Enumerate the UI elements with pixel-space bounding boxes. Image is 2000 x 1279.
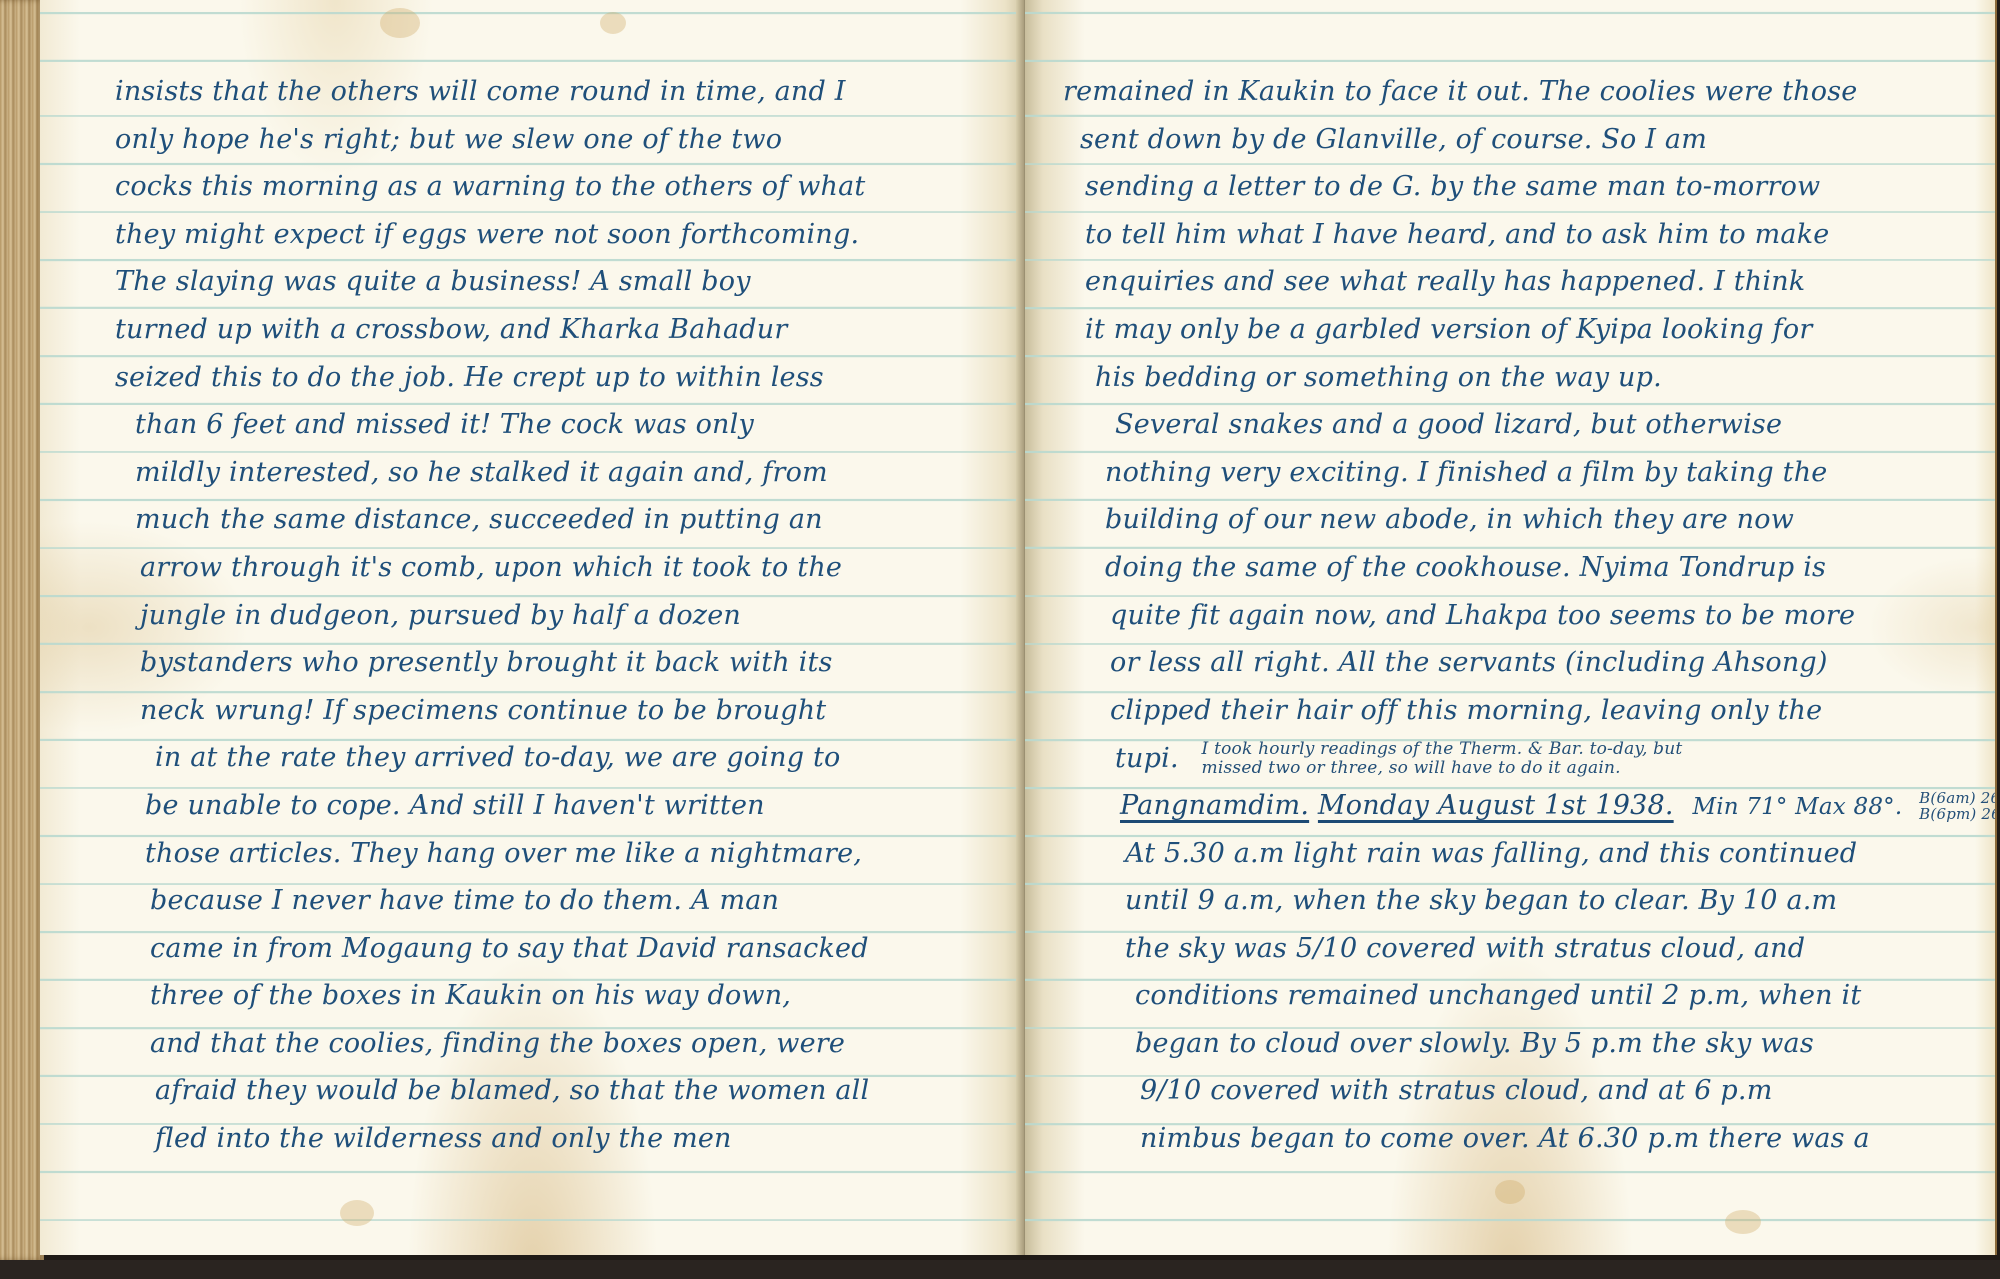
text-line: the sky was 5/10 covered with stratus cl… xyxy=(1025,925,1995,973)
text-line: remained in Kaukin to face it out. The c… xyxy=(1025,68,1995,116)
text-line: quite fit again now, and Lhakpa too seem… xyxy=(1025,592,1995,640)
barometer-readings: B(6am) 26.54 B(6pm) 26.41 xyxy=(1919,790,1995,822)
left-page: insists that the others will come round … xyxy=(40,0,1025,1255)
text-line: mildly interested, so he stalked it agai… xyxy=(40,449,1025,497)
text-line: sending a letter to de G. by the same ma… xyxy=(1025,163,1995,211)
right-page-text: remained in Kaukin to face it out. The c… xyxy=(1025,68,1995,1163)
annotated-line: tupi. I took hourly readings of the Ther… xyxy=(1025,734,1995,782)
notebook-spread: insists that the others will come round … xyxy=(0,0,2000,1260)
text-line: it may only be a garbled version of Kyip… xyxy=(1025,306,1995,354)
stain xyxy=(380,8,420,38)
text-line: jungle in dudgeon, pursued by half a doz… xyxy=(40,592,1025,640)
entry-temperatures: Min 71° Max 88°. xyxy=(1692,794,1902,820)
text-line: clipped their hair off this morning, lea… xyxy=(1025,687,1995,735)
text-line: enquiries and see what really has happen… xyxy=(1025,258,1995,306)
interlinear-note: I took hourly readings of the Therm. & B… xyxy=(1202,740,1683,778)
text-line: to tell him what I have heard, and to as… xyxy=(1025,211,1995,259)
text-line: until 9 a.m, when the sky began to clear… xyxy=(1025,877,1995,925)
text-line: Several snakes and a good lizard, but ot… xyxy=(1025,401,1995,449)
text-line: afraid they would be blamed, so that the… xyxy=(40,1067,1025,1115)
text-line: conditions remained unchanged until 2 p.… xyxy=(1025,972,1995,1020)
text-fragment: tupi. xyxy=(1115,735,1179,783)
stain xyxy=(600,12,626,34)
entry-heading: Pangnamdim. Monday August 1st 1938. Min … xyxy=(1025,782,1995,830)
text-line: nimbus began to come over. At 6.30 p.m t… xyxy=(1025,1115,1995,1163)
stain xyxy=(1495,1180,1525,1204)
text-line: cocks this morning as a warning to the o… xyxy=(40,163,1025,211)
text-line: or less all right. All the servants (inc… xyxy=(1025,639,1995,687)
entry-place: Pangnamdim. xyxy=(1120,790,1309,821)
text-line: The slaying was quite a business! A smal… xyxy=(40,258,1025,306)
text-line: be unable to cope. And still I haven't w… xyxy=(40,782,1025,830)
stain xyxy=(1725,1210,1761,1234)
text-line: nothing very exciting. I finished a film… xyxy=(1025,449,1995,497)
text-line: sent down by de Glanville, of course. So… xyxy=(1025,116,1995,164)
text-line: doing the same of the cookhouse. Nyima T… xyxy=(1025,544,1995,592)
text-line: in at the rate they arrived to-day, we a… xyxy=(40,734,1025,782)
text-line: turned up with a crossbow, and Kharka Ba… xyxy=(40,306,1025,354)
text-line: much the same distance, succeeded in put… xyxy=(40,496,1025,544)
text-line: than 6 feet and missed it! The cock was … xyxy=(40,401,1025,449)
barometer-reading: B(6pm) 26.41 xyxy=(1919,806,1995,822)
text-line: arrow through it's comb, upon which it t… xyxy=(40,544,1025,592)
note-line: I took hourly readings of the Therm. & B… xyxy=(1202,740,1683,759)
text-line: came in from Mogaung to say that David r… xyxy=(40,925,1025,973)
text-line: insists that the others will come round … xyxy=(40,68,1025,116)
text-line: because I never have time to do them. A … xyxy=(40,877,1025,925)
text-line: and that the coolies, finding the boxes … xyxy=(40,1020,1025,1068)
right-page: remained in Kaukin to face it out. The c… xyxy=(1025,0,1995,1255)
note-line: missed two or three, so will have to do … xyxy=(1202,759,1683,778)
text-line: only hope he's right; but we slew one of… xyxy=(40,116,1025,164)
text-line: seized this to do the job. He crept up t… xyxy=(40,354,1025,402)
barometer-reading: B(6am) 26.54 xyxy=(1919,790,1995,806)
text-line: his bedding or something on the way up. xyxy=(1025,354,1995,402)
text-line: neck wrung! If specimens continue to be … xyxy=(40,687,1025,735)
text-line: building of our new abode, in which they… xyxy=(1025,496,1995,544)
text-line: three of the boxes in Kaukin on his way … xyxy=(40,972,1025,1020)
text-line: At 5.30 a.m light rain was falling, and … xyxy=(1025,830,1995,878)
stain xyxy=(340,1200,374,1226)
left-page-text: insists that the others will come round … xyxy=(40,68,1025,1163)
text-line: fled into the wilderness and only the me… xyxy=(40,1115,1025,1163)
text-line: 9/10 covered with stratus cloud, and at … xyxy=(1025,1067,1995,1115)
text-line: they might expect if eggs were not soon … xyxy=(40,211,1025,259)
text-line: bystanders who presently brought it back… xyxy=(40,639,1025,687)
page-edges-left xyxy=(0,0,44,1260)
text-line: began to cloud over slowly. By 5 p.m the… xyxy=(1025,1020,1995,1068)
text-line: those articles. They hang over me like a… xyxy=(40,830,1025,878)
entry-date: Monday August 1st 1938. xyxy=(1318,790,1674,821)
